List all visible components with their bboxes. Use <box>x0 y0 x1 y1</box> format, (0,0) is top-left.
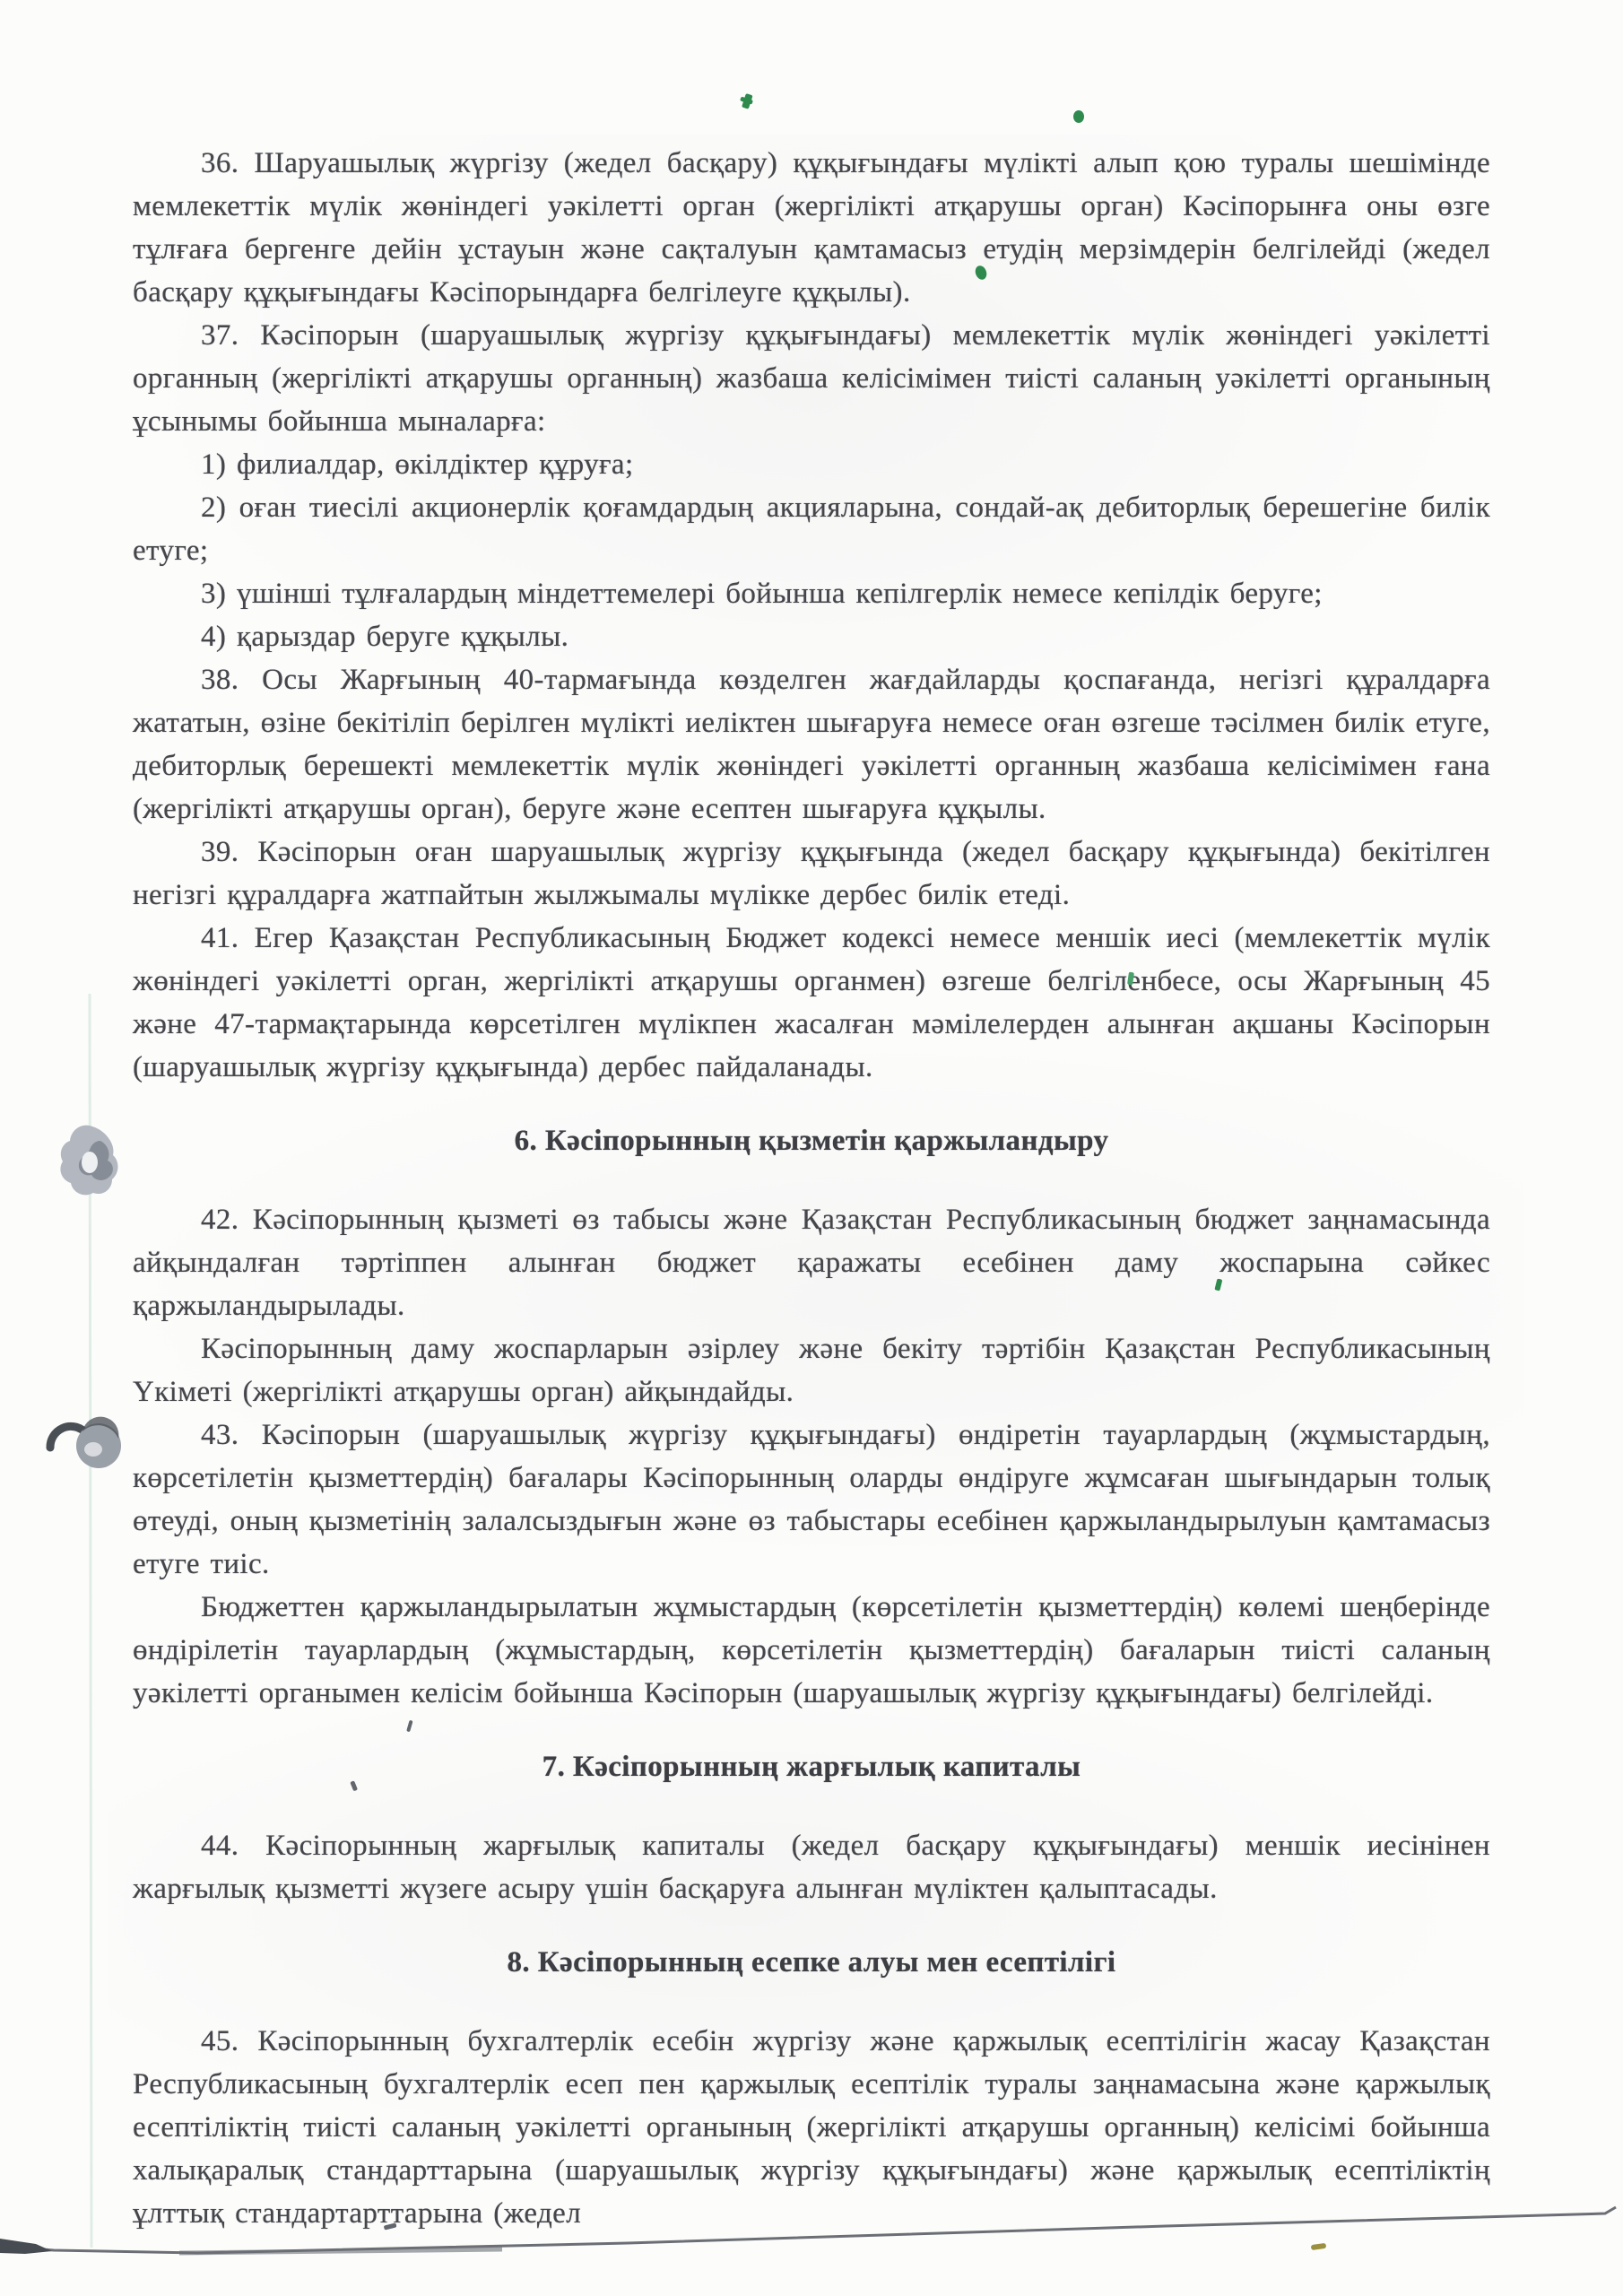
list-item: 4) қарыздар беруге құқылы. <box>133 615 1490 658</box>
document-page: 36. Шаруашылық жүргізу (жедел басқару) қ… <box>0 0 1623 2296</box>
olive-dash-bottom <box>1311 2243 1327 2250</box>
section-heading: 6. Кәсіпорынның қызметін қаржыландыру <box>133 1119 1490 1162</box>
document-content: 36. Шаруашылық жүргізу (жедел басқару) қ… <box>133 142 1490 2235</box>
paragraph: 43. Кәсіпорын (шаруашылық жүргізу құқығы… <box>133 1413 1490 1586</box>
paragraph: 38. Осы Жарғының 40-тармағында көзделген… <box>133 658 1490 831</box>
paragraph: 45. Кәсіпорынның бухгалтерлік есебін жүр… <box>133 2020 1490 2235</box>
fold-line-artifact <box>90 994 91 2248</box>
paragraph: Бюджеттен қаржыландырылатын жұмыстардың … <box>133 1586 1490 1715</box>
paragraph: 39. Кәсіпорын оған шаруашылық жүргізу құ… <box>133 831 1490 917</box>
paragraph: 42. Кәсіпорынның қызметі өз табысы және … <box>133 1198 1490 1327</box>
green-ink-dot-top-right <box>1073 110 1084 123</box>
list-item: 1) филиалдар, өкілдіктер құруға; <box>133 443 1490 486</box>
paragraph: 36. Шаруашылық жүргізу (жедел басқару) қ… <box>133 142 1490 314</box>
paragraph: 37. Кәсіпорын (шаруашылық жүргізу құқығы… <box>133 314 1490 443</box>
section-heading: 8. Кәсіпорынның есепке алуы мен есептілі… <box>133 1941 1490 1984</box>
list-item: 3) үшінші тұлғалардың міндеттемелері бой… <box>133 572 1490 615</box>
hole-punch-blob <box>60 1126 117 1196</box>
paragraph: Кәсіпорынның даму жоспарларын әзірлеу жә… <box>133 1327 1490 1413</box>
list-item: 2) оған тиесілі акционерлік қоғамдардың … <box>133 486 1490 572</box>
paragraph: 41. Егер Қазақстан Республикасының Бюдже… <box>133 917 1490 1089</box>
paragraph: 44. Кәсіпорынның жарғылық капиталы (жеде… <box>133 1824 1490 1910</box>
binder-curl-mark <box>50 1417 121 1468</box>
green-ink-speck-top <box>738 92 754 110</box>
section-heading: 7. Кәсіпорынның жарғылық капиталы <box>133 1745 1490 1788</box>
